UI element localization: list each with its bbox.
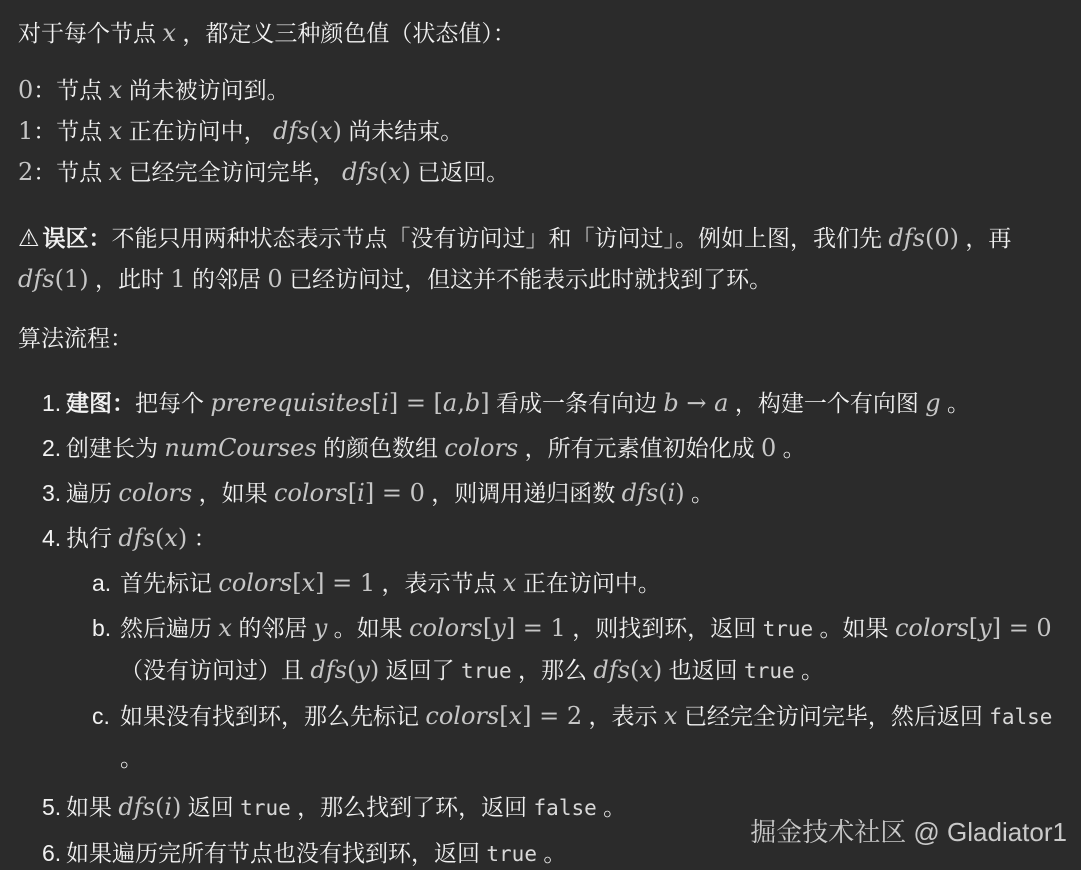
segment-text: （没有访问过）且 xyxy=(120,657,310,683)
segment-text: 尚未被访问到。 xyxy=(122,77,289,103)
warning-paragraph: ⚠误区：不能只用两种状态表示节点「没有访问过」和「访问过」。例如上图，我们先 d… xyxy=(18,218,1063,300)
segment-text: ，此时 xyxy=(89,266,171,292)
watermark: 掘金技术社区 @ Gladiator1 xyxy=(750,815,1067,849)
segment-math: 2 xyxy=(18,158,33,186)
segment-text: 已经完全访问完毕，然后返回 xyxy=(677,703,989,729)
segment-text: ，构建一个有向图 xyxy=(728,390,925,416)
segment-math: dfs(x) xyxy=(593,656,662,684)
segment-text: 。 xyxy=(120,745,143,771)
list-marker: b. xyxy=(92,608,120,692)
segment-text: 也返回 xyxy=(662,657,744,683)
segment-text: 。如果 xyxy=(813,615,895,641)
segment-text: 尚未结束。 xyxy=(342,118,463,144)
segment-math: colors[x] = 2 xyxy=(425,702,582,730)
segment-text: 首先标记 xyxy=(120,570,218,596)
segment-math: 0 xyxy=(761,434,776,462)
segment-math: dfs(i) xyxy=(118,793,181,821)
segment-math: y xyxy=(314,614,328,642)
list-marker: 2. xyxy=(42,428,66,469)
segment-math: x xyxy=(503,569,517,597)
segment-text: 算法流程： xyxy=(18,325,133,351)
segment-text: 不能只用两种状态表示节点「没有访问过」和「访问过」。例如上图，我们先 xyxy=(112,225,889,251)
state-line-2: 2：节点 x 已经完全访问完毕， dfs(x) 已返回。 xyxy=(18,152,1063,193)
segment-text: ： xyxy=(187,525,216,551)
segment-text: 。 xyxy=(597,794,626,820)
segment-code: true xyxy=(240,796,291,820)
segment-text: ，都定义三种颜色值（状态值）： xyxy=(176,20,516,46)
segment-text: ，所有元素值初始化成 xyxy=(518,435,761,461)
algorithm-step: 1.建图：把每个 prerequisites[i] = [a,b] 看成一条有向… xyxy=(42,383,1063,424)
list-marker: a. xyxy=(92,563,120,604)
segment-math: dfs(y) xyxy=(310,656,379,684)
segment-text: ，表示 xyxy=(582,703,664,729)
segment-text: 正在访问中， xyxy=(122,118,273,144)
segment-math: prerequisites[i] = [a,b] xyxy=(210,389,489,417)
list-marker: c. xyxy=(92,696,120,779)
segment-text: 已返回。 xyxy=(411,159,509,185)
segment-math: colors xyxy=(444,434,518,462)
segment-math: dfs(x) xyxy=(118,524,187,552)
segment-text: 的邻居 xyxy=(232,615,314,641)
list-marker: 3. xyxy=(42,473,66,514)
segment-math: 0 xyxy=(267,265,282,293)
segment-text: 已经完全访问完毕， xyxy=(122,159,342,185)
state-definitions: 0：节点 x 尚未被访问到。 1：节点 x 正在访问中， dfs(x) 尚未结束… xyxy=(18,70,1063,193)
segment-math: b → a xyxy=(663,389,728,417)
state-line-0: 0：节点 x 尚未被访问到。 xyxy=(18,70,1063,111)
segment-math: colors[i] = 0 xyxy=(274,479,425,507)
segment-text: 如果遍历完所有节点也没有找到环，返回 xyxy=(66,840,486,866)
segment-math: dfs(1) xyxy=(18,265,89,293)
segment-text: 如果 xyxy=(66,794,118,820)
segment-text: 把每个 xyxy=(135,390,210,416)
algorithm-substep: a.首先标记 colors[x] = 1 ，表示节点 x 正在访问中。 xyxy=(92,563,1063,604)
algorithm-steps: 1.建图：把每个 prerequisites[i] = [a,b] 看成一条有向… xyxy=(42,383,1063,870)
segment-math: x xyxy=(109,76,123,104)
process-heading: 算法流程： xyxy=(18,318,1063,359)
segment-text: 。 xyxy=(537,840,566,866)
segment-math: 1 xyxy=(170,265,185,293)
segment-math: g xyxy=(925,389,940,417)
segment-text: 的颜色数组 xyxy=(317,435,445,461)
segment-text: 正在访问中。 xyxy=(516,570,660,596)
segment-text: 。 xyxy=(776,435,805,461)
segment-text: ，表示节点 xyxy=(375,570,503,596)
segment-math: numCourses xyxy=(164,434,316,462)
algorithm-step: 4.执行 dfs(x) ：a.首先标记 colors[x] = 1 ，表示节点 … xyxy=(42,518,1063,783)
step-content: 创建长为 numCourses 的颜色数组 colors ，所有元素值初始化成 … xyxy=(66,428,1063,469)
segment-math: colors[y] = 1 xyxy=(409,614,566,642)
article-page: 对于每个节点 x ，都定义三种颜色值（状态值）： 0：节点 x 尚未被访问到。 … xyxy=(0,0,1081,870)
step-content: 遍历 colors ，如果 colors[i] = 0 ，则调用递归函数 dfs… xyxy=(66,473,1063,514)
segment-text: ，那么 xyxy=(512,657,594,683)
warning-icon: ⚠ xyxy=(18,224,40,252)
segment-text: ，那么找到了环，返回 xyxy=(291,794,534,820)
segment-text: ，再 xyxy=(959,225,1011,251)
segment-text: 返回 xyxy=(181,794,240,820)
segment-math: 0 xyxy=(18,76,33,104)
list-marker: 4. xyxy=(42,518,66,783)
algorithm-step: 2.创建长为 numCourses 的颜色数组 colors ，所有元素值初始化… xyxy=(42,428,1063,469)
segment-text: 。 xyxy=(685,480,714,506)
segment-math: x xyxy=(218,614,232,642)
segment-code: true xyxy=(461,659,512,683)
list-marker: 6. xyxy=(42,833,66,870)
segment-text: ，如果 xyxy=(192,480,274,506)
segment-text: 创建长为 xyxy=(66,435,164,461)
segment-math: dfs(0) xyxy=(888,224,959,252)
segment-strong: 建图： xyxy=(66,390,135,416)
segment-text: ，则找到环，返回 xyxy=(566,615,763,641)
segment-text: ：节点 xyxy=(33,77,108,103)
segment-text: 看成一条有向边 xyxy=(490,390,664,416)
segment-code: true xyxy=(486,842,537,866)
list-marker: 1. xyxy=(42,383,66,424)
segment-code: false xyxy=(534,796,597,820)
segment-math: colors xyxy=(118,479,192,507)
segment-strong: 误区： xyxy=(43,225,112,251)
segment-math: 1 xyxy=(18,117,33,145)
step-content: 建图：把每个 prerequisites[i] = [a,b] 看成一条有向边 … xyxy=(66,383,1063,424)
segment-text: 已经访问过，但这并不能表示此时就找到了环。 xyxy=(283,266,772,292)
algorithm-substep: c.如果没有找到环，那么先标记 colors[x] = 2 ，表示 x 已经完全… xyxy=(92,696,1063,779)
algorithm-substeps: a.首先标记 colors[x] = 1 ，表示节点 x 正在访问中。b.然后遍… xyxy=(92,563,1063,779)
segment-text: ，则调用递归函数 xyxy=(425,480,622,506)
step-content: 执行 dfs(x) ：a.首先标记 colors[x] = 1 ，表示节点 x … xyxy=(66,518,1063,783)
list-marker: 5. xyxy=(42,787,66,829)
segment-math: colors[x] = 1 xyxy=(218,569,375,597)
algorithm-step: 3.遍历 colors ，如果 colors[i] = 0 ，则调用递归函数 d… xyxy=(42,473,1063,514)
segment-math: colors[y] = 0 xyxy=(895,614,1052,642)
segment-text: 如果没有找到环，那么先标记 xyxy=(120,703,425,729)
segment-text: 遍历 xyxy=(66,480,118,506)
segment-text: 执行 xyxy=(66,525,118,551)
segment-math: dfs(i) xyxy=(622,479,685,507)
step-content: 如果没有找到环，那么先标记 colors[x] = 2 ，表示 x 已经完全访问… xyxy=(120,696,1063,779)
segment-text: 。如果 xyxy=(327,615,409,641)
segment-math: x xyxy=(664,702,678,730)
algorithm-substep: b.然后遍历 x 的邻居 y 。如果 colors[y] = 1 ，则找到环，返… xyxy=(92,608,1063,692)
segment-math: x xyxy=(109,158,123,186)
segment-text: 的邻居 xyxy=(186,266,268,292)
intro-paragraph: 对于每个节点 x ，都定义三种颜色值（状态值）： xyxy=(18,13,1063,54)
segment-math: x xyxy=(162,19,176,47)
step-content: 首先标记 colors[x] = 1 ，表示节点 x 正在访问中。 xyxy=(120,563,1063,604)
segment-math: x xyxy=(109,117,123,145)
segment-text: 。 xyxy=(795,657,824,683)
segment-text: 对于每个节点 xyxy=(18,20,162,46)
segment-text: 然后遍历 xyxy=(120,615,218,641)
segment-text: 。 xyxy=(941,390,970,416)
segment-code: false xyxy=(989,705,1052,729)
step-content: 然后遍历 x 的邻居 y 。如果 colors[y] = 1 ，则找到环，返回 … xyxy=(120,608,1063,692)
segment-text: ：节点 xyxy=(33,159,108,185)
state-line-1: 1：节点 x 正在访问中， dfs(x) 尚未结束。 xyxy=(18,111,1063,152)
segment-text: ：节点 xyxy=(33,118,108,144)
segment-math: dfs(x) xyxy=(342,158,411,186)
segment-text: 返回了 xyxy=(379,657,461,683)
segment-code: true xyxy=(763,617,814,641)
segment-code: true xyxy=(744,659,795,683)
segment-math: dfs(x) xyxy=(273,117,342,145)
